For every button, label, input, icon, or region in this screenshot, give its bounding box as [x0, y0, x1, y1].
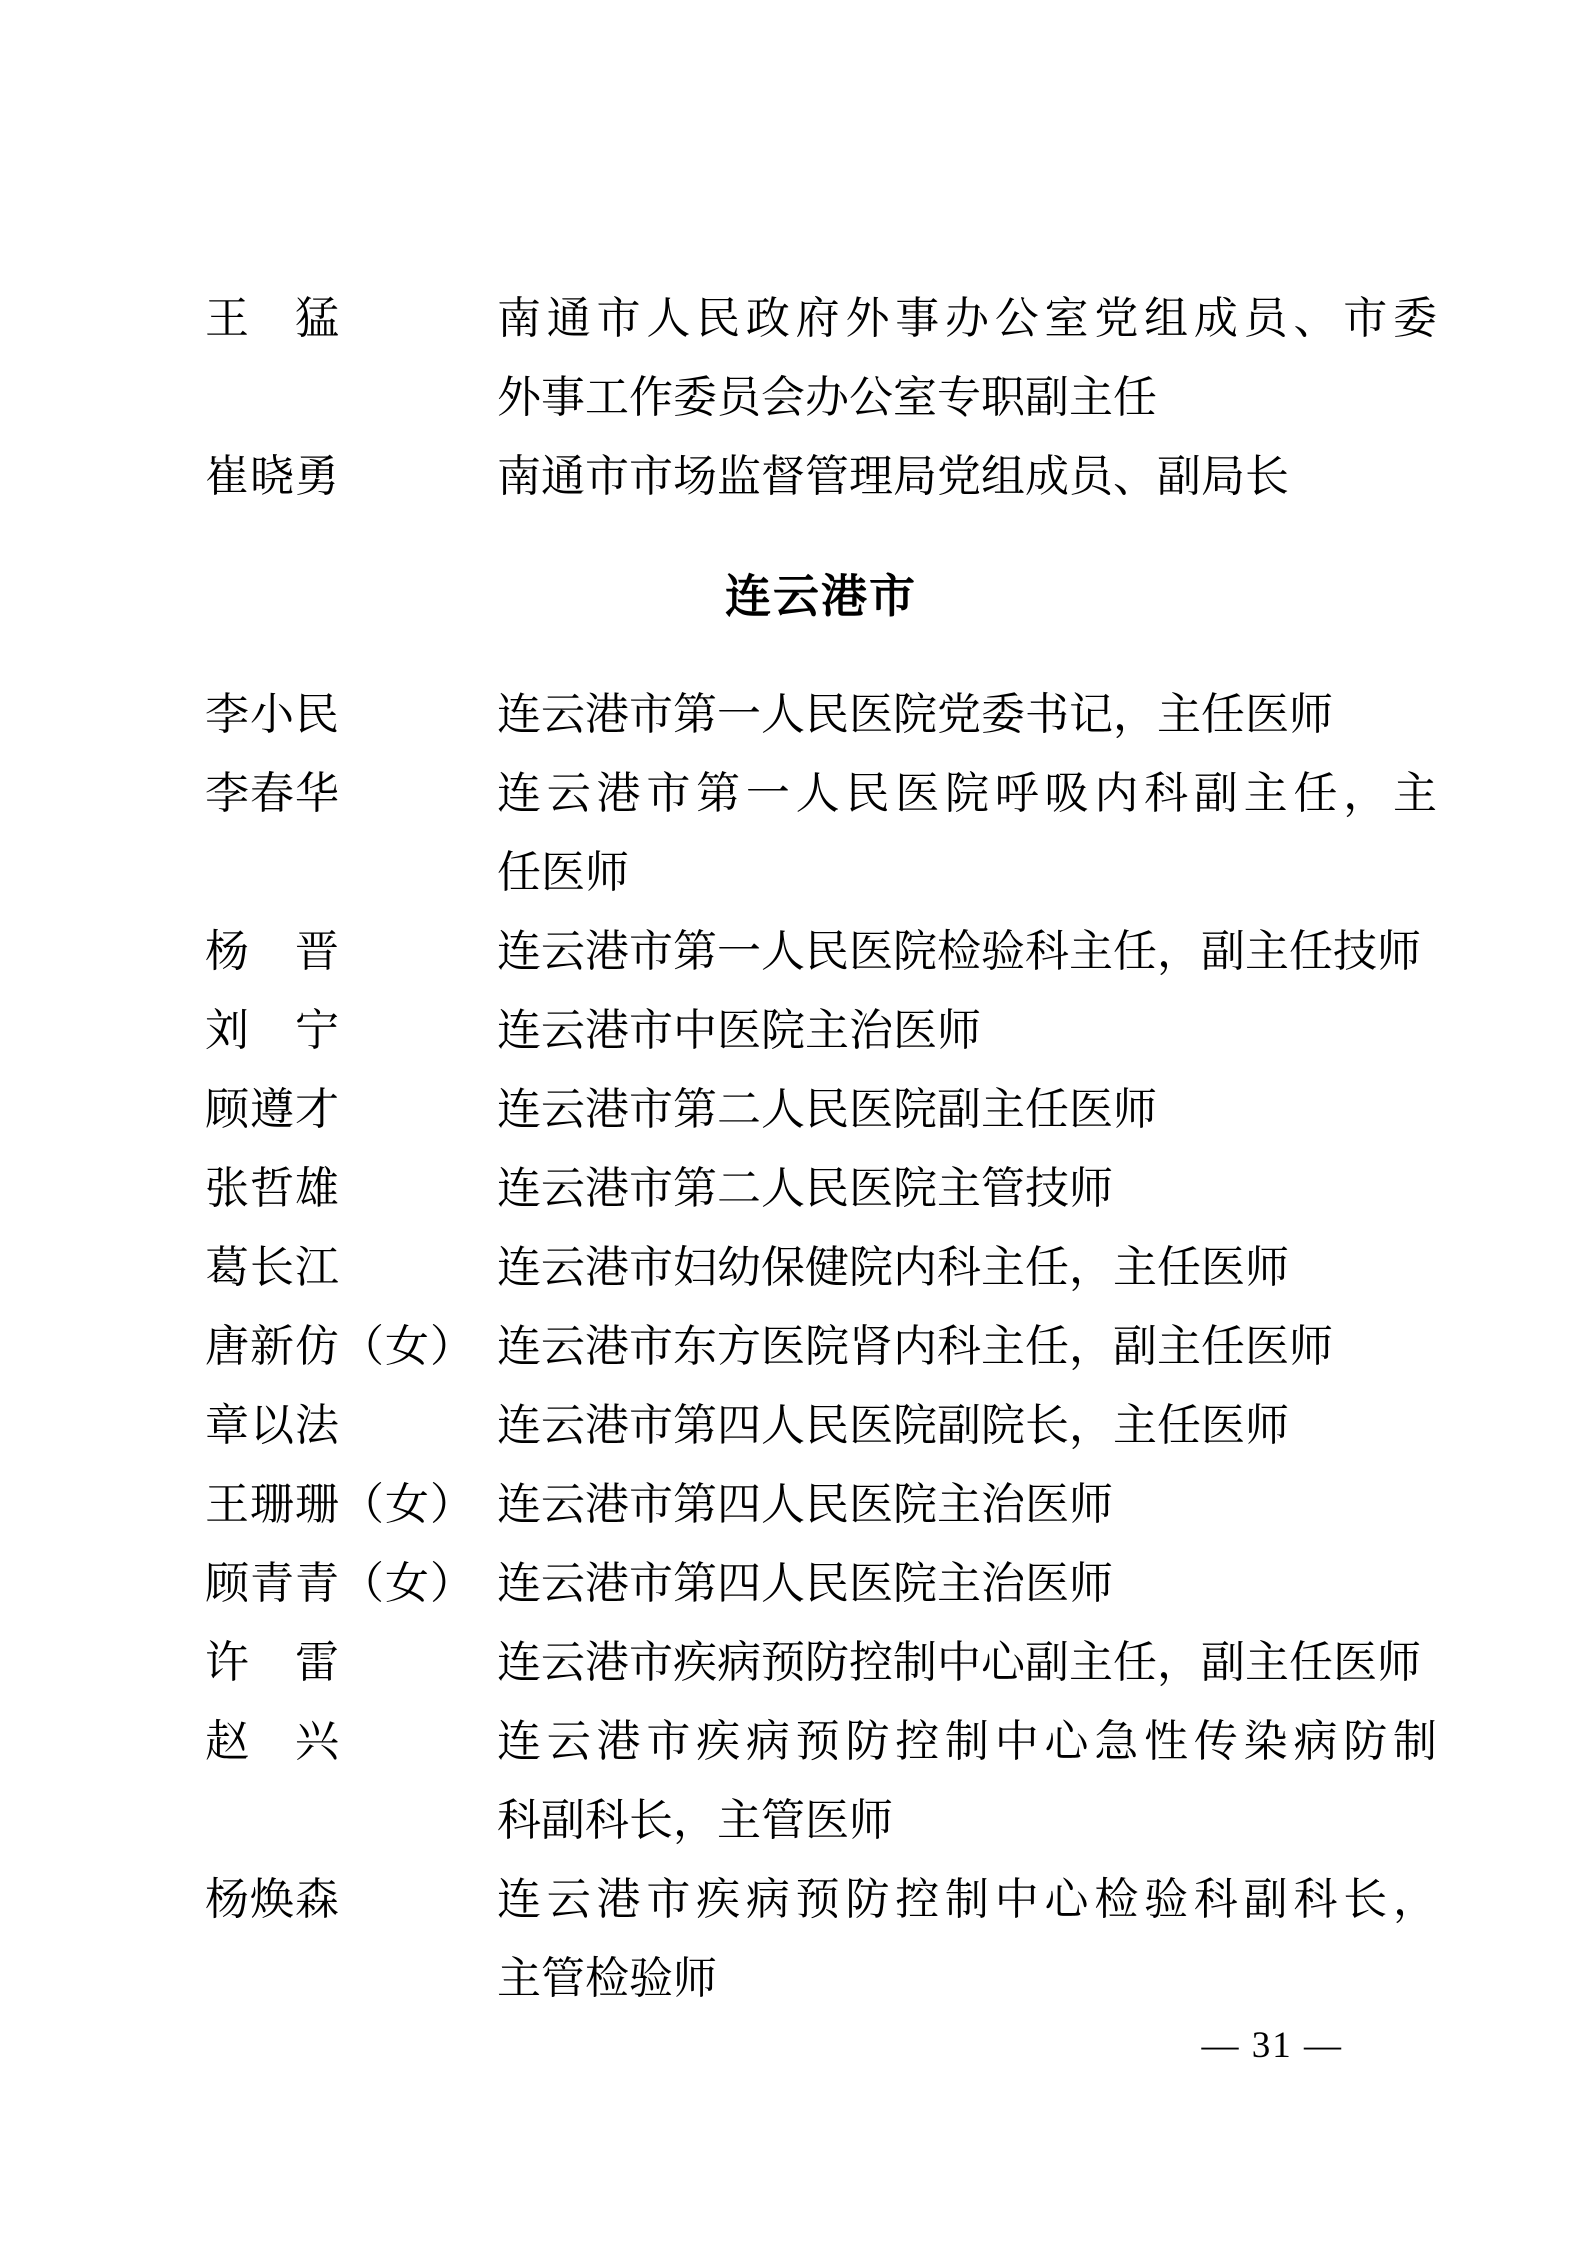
list-entry: 杨 晋连云港市第一人民医院检验科主任，副主任技师 [205, 912, 1437, 991]
description-line: 任医师 [497, 833, 1437, 912]
list-entry: 李小民连云港市第一人民医院党委书记，主任医师 [205, 675, 1437, 754]
list-entry: 王珊珊（女）连云港市第四人民医院主治医师 [205, 1465, 1437, 1544]
entry-position-description: 连云港市中医院主治医师 [497, 991, 1437, 1070]
list-entry: 赵 兴连云港市疾病预防控制中心急性传染病防制科副科长，主管医师 [205, 1702, 1437, 1860]
list-entry: 葛长江连云港市妇幼保健院内科主任，主任医师 [205, 1228, 1437, 1307]
entry-person-name: 张哲雄 [205, 1149, 497, 1228]
list-entry: 刘 宁连云港市中医院主治医师 [205, 991, 1437, 1070]
entry-person-name: 杨焕森 [205, 1860, 497, 1939]
entry-position-description: 连云港市第一人民医院呼吸内科副主任，主任医师 [497, 754, 1437, 912]
entry-position-description: 连云港市第四人民医院主治医师 [497, 1544, 1437, 1623]
entries-section-lianyungang: 李小民连云港市第一人民医院党委书记，主任医师李春华连云港市第一人民医院呼吸内科副… [205, 675, 1437, 2018]
entry-position-description: 连云港市第四人民医院主治医师 [497, 1465, 1437, 1544]
entry-position-description: 连云港市第四人民医院副院长，主任医师 [497, 1386, 1437, 1465]
entry-person-name: 崔晓勇 [205, 437, 497, 516]
description-line: 连云港市第一人民医院呼吸内科副主任，主 [497, 754, 1437, 833]
entry-person-name: 顾遵才 [205, 1070, 497, 1149]
description-line: 南通市市场监督管理局党组成员、副局长 [497, 437, 1437, 516]
entry-position-description: 连云港市第一人民医院党委书记，主任医师 [497, 675, 1437, 754]
entry-person-name: 王珊珊（女） [205, 1465, 497, 1544]
description-line: 连云港市妇幼保健院内科主任，主任医师 [497, 1228, 1437, 1307]
entries-section-nantong: 王 猛南通市人民政府外事办公室党组成员、市委外事工作委员会办公室专职副主任崔晓勇… [205, 279, 1437, 516]
entry-position-description: 连云港市第二人民医院副主任医师 [497, 1070, 1437, 1149]
document-page: 王 猛南通市人民政府外事办公室党组成员、市委外事工作委员会办公室专职副主任崔晓勇… [0, 0, 1587, 2245]
list-entry: 章以法连云港市第四人民医院副院长，主任医师 [205, 1386, 1437, 1465]
entry-person-name: 许 雷 [205, 1623, 497, 1702]
description-line: 连云港市第二人民医院主管技师 [497, 1149, 1437, 1228]
description-line: 连云港市第四人民医院副院长，主任医师 [497, 1386, 1437, 1465]
entry-position-description: 连云港市疾病预防控制中心急性传染病防制科副科长，主管医师 [497, 1702, 1437, 1860]
section-heading-lianyungang: 连云港市 [205, 561, 1437, 631]
list-entry: 顾青青（女）连云港市第四人民医院主治医师 [205, 1544, 1437, 1623]
entry-position-description: 南通市人民政府外事办公室党组成员、市委外事工作委员会办公室专职副主任 [497, 279, 1437, 437]
list-entry: 张哲雄连云港市第二人民医院主管技师 [205, 1149, 1437, 1228]
entry-person-name: 杨 晋 [205, 912, 497, 991]
entry-position-description: 连云港市东方医院肾内科主任，副主任医师 [497, 1307, 1437, 1386]
description-line: 连云港市第四人民医院主治医师 [497, 1544, 1437, 1623]
entry-position-description: 连云港市疾病预防控制中心副主任，副主任医师 [497, 1623, 1437, 1702]
description-line: 连云港市第一人民医院检验科主任，副主任技师 [497, 912, 1437, 991]
entry-position-description: 连云港市妇幼保健院内科主任，主任医师 [497, 1228, 1437, 1307]
description-line: 连云港市疾病预防控制中心检验科副科长， [497, 1860, 1437, 1939]
description-line: 连云港市中医院主治医师 [497, 991, 1437, 1070]
description-line: 连云港市第四人民医院主治医师 [497, 1465, 1437, 1544]
entry-position-description: 连云港市第一人民医院检验科主任，副主任技师 [497, 912, 1437, 991]
entry-person-name: 赵 兴 [205, 1702, 497, 1781]
entry-person-name: 顾青青（女） [205, 1544, 497, 1623]
description-line: 南通市人民政府外事办公室党组成员、市委 [497, 279, 1437, 358]
entry-position-description: 南通市市场监督管理局党组成员、副局长 [497, 437, 1437, 516]
description-line: 连云港市第二人民医院副主任医师 [497, 1070, 1437, 1149]
entry-person-name: 章以法 [205, 1386, 497, 1465]
description-line: 连云港市疾病预防控制中心急性传染病防制 [497, 1702, 1437, 1781]
list-entry: 崔晓勇南通市市场监督管理局党组成员、副局长 [205, 437, 1437, 516]
entry-position-description: 连云港市疾病预防控制中心检验科副科长，主管检验师 [497, 1860, 1437, 2018]
page-number: — 31 — [1202, 2026, 1344, 2066]
entry-person-name: 葛长江 [205, 1228, 497, 1307]
list-entry: 杨焕森连云港市疾病预防控制中心检验科副科长，主管检验师 [205, 1860, 1437, 2018]
description-line: 外事工作委员会办公室专职副主任 [497, 358, 1437, 437]
entry-person-name: 李春华 [205, 754, 497, 833]
entry-position-description: 连云港市第二人民医院主管技师 [497, 1149, 1437, 1228]
list-entry: 李春华连云港市第一人民医院呼吸内科副主任，主任医师 [205, 754, 1437, 912]
list-entry: 许 雷连云港市疾病预防控制中心副主任，副主任医师 [205, 1623, 1437, 1702]
description-line: 主管检验师 [497, 1939, 1437, 2018]
list-entry: 顾遵才连云港市第二人民医院副主任医师 [205, 1070, 1437, 1149]
description-line: 科副科长，主管医师 [497, 1781, 1437, 1860]
description-line: 连云港市疾病预防控制中心副主任，副主任医师 [497, 1623, 1437, 1702]
description-line: 连云港市东方医院肾内科主任，副主任医师 [497, 1307, 1437, 1386]
entry-person-name: 王 猛 [205, 279, 497, 358]
list-entry: 唐新仿（女）连云港市东方医院肾内科主任，副主任医师 [205, 1307, 1437, 1386]
entry-person-name: 唐新仿（女） [205, 1307, 497, 1386]
entry-person-name: 李小民 [205, 675, 497, 754]
document-content: 王 猛南通市人民政府外事办公室党组成员、市委外事工作委员会办公室专职副主任崔晓勇… [205, 279, 1437, 2018]
list-entry: 王 猛南通市人民政府外事办公室党组成员、市委外事工作委员会办公室专职副主任 [205, 279, 1437, 437]
description-line: 连云港市第一人民医院党委书记，主任医师 [497, 675, 1437, 754]
entry-person-name: 刘 宁 [205, 991, 497, 1070]
